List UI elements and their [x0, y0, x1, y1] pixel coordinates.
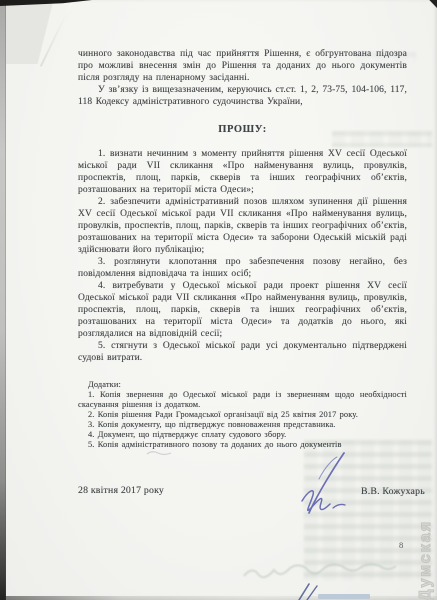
request-item-4: 4. витребувати у Одеської міської ради п… [78, 280, 407, 340]
request-item-5: 5. стягнути з Одеської міської ради усі … [78, 340, 407, 364]
faint-handwriting-bleed [242, 560, 422, 586]
signer-name: В.В. Кожухарь [361, 486, 425, 497]
document-date: 28 квітня 2017 року [78, 485, 164, 496]
attachment-item-4: 4. Документ, що підтверджує сплату судов… [78, 430, 407, 440]
attachment-item-1: 1. Копія звернення до Одеської міської р… [78, 390, 407, 410]
attachments-section: Додатки: 1. Копія звернення до Одеської … [78, 380, 407, 450]
attachment-item-3: 3. Копія документу, що підтверджує повно… [78, 420, 407, 430]
request-item-1: 1. визнати нечинним з моменту прийняття … [78, 148, 407, 196]
request-item-2: 2. забезпечити адміністративний позов шл… [78, 196, 407, 256]
bottom-edge-shadow [0, 596, 437, 600]
text-column: чинного законодавства під час прийняття … [78, 48, 407, 450]
scanned-document-page: чинного законодавства під час прийняття … [0, 0, 437, 600]
left-scan-edge [0, 0, 6, 600]
folded-corner [0, 0, 86, 64]
attachments-label: Додатки: [78, 380, 407, 390]
next-page-blue-edge [318, 594, 370, 599]
top-right-black-corner [426, 0, 437, 8]
watermark: Думская [417, 489, 435, 600]
request-item-3: 3. розглянути клопотання про забезпеченн… [78, 256, 407, 280]
pencil-mark [146, 449, 172, 457]
signature [299, 449, 361, 519]
page-number: 8 [399, 540, 403, 550]
petition-heading: ПРОШУ: [78, 123, 407, 136]
intro-paragraph-1: чинного законодавства під час прийняття … [78, 48, 407, 84]
intro-paragraph-2: У зв’язку із вищезазначеним, керуючись с… [78, 84, 407, 108]
attachment-item-2: 2. Копія рішення Ради Громадської органі… [78, 410, 407, 420]
